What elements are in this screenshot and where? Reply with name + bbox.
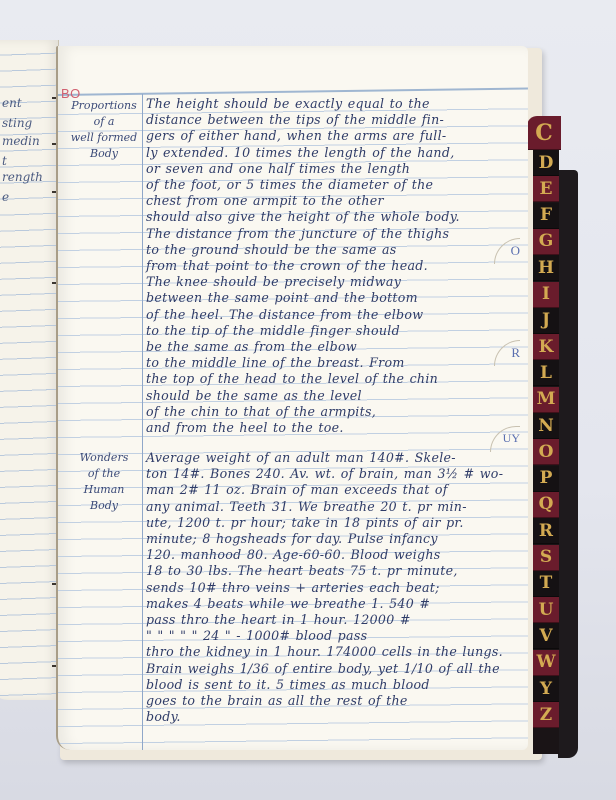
handwritten-line: blood is sent to it. 5 times as much blo… [146, 677, 503, 693]
notebook-back-cover [558, 170, 578, 758]
left-page-fragment: e [2, 190, 9, 204]
facing-left-page: ent sting medin t rength e [0, 40, 59, 700]
entry-wonders: Wonders of the Human Body Average weight… [146, 450, 503, 725]
entry-title-line: of the [66, 466, 142, 482]
entry-title-line: Wonders [66, 450, 142, 466]
entry-proportions: Proportions of a well formed Body The he… [146, 96, 460, 436]
handwritten-line: goes to the brain as all the rest of the [146, 693, 503, 709]
index-tab-m[interactable]: M [533, 387, 559, 413]
handwritten-line: Brain weighs 1/36 of entire body, yet 1/… [146, 661, 503, 677]
entry-title-line: of a [66, 114, 142, 130]
index-tab-r[interactable]: R [533, 518, 559, 544]
index-tab-y[interactable]: Y [533, 676, 559, 702]
index-tab-j[interactable]: J [533, 308, 559, 334]
header-rule-line [58, 87, 528, 96]
handwritten-line: to the tip of the middle finger should [146, 323, 460, 339]
handwritten-line: the top of the head to the level of the … [146, 371, 460, 387]
handwritten-line: of the chin to that of the armpits, [146, 404, 460, 420]
handwritten-line: The height should be exactly equal to th… [146, 96, 460, 112]
entry-title-line: Body [66, 498, 142, 514]
index-tab-q[interactable]: Q [533, 492, 559, 518]
handwritten-line: ute, 1200 t. pr hour; take in 18 pints o… [146, 515, 503, 531]
handwritten-line: distance between the tips of the middle … [146, 112, 460, 128]
margin-line [142, 94, 143, 750]
handwritten-line: body. [146, 709, 503, 725]
index-tab-d[interactable]: D [533, 150, 559, 176]
index-tab-i[interactable]: I [533, 282, 559, 308]
entry-title-line: well formed [66, 130, 142, 146]
index-tab-p[interactable]: P [533, 466, 559, 492]
index-tab-u[interactable]: U [533, 597, 559, 623]
entry-title: Wonders of the Human Body [66, 450, 142, 514]
index-tab-s[interactable]: S [533, 545, 559, 571]
left-page-fragment: ent [2, 96, 22, 110]
handwritten-line: minute; 8 hogsheads for day. Pulse infan… [146, 531, 503, 547]
handwritten-line: man 2# 11 oz. Brain of man exceeds that … [146, 482, 503, 498]
index-tab-e[interactable]: E [533, 176, 559, 202]
entry-title: Proportions of a well formed Body [66, 98, 142, 162]
entry-body: The height should be exactly equal to th… [146, 96, 460, 436]
handwritten-line: 18 to 30 lbs. The heart beats 75 t. pr m… [146, 563, 503, 579]
handwritten-line: gers of either hand, when the arms are f… [146, 128, 460, 144]
index-tab-v[interactable]: V [533, 623, 559, 649]
index-tab-z[interactable]: Z [533, 702, 559, 728]
handwritten-line: The distance from the juncture of the th… [146, 226, 460, 242]
handwritten-line: 120. manhood 80. Age-60-60. Blood weighs [146, 547, 503, 563]
handwritten-line: thro the kidney in 1 hour. 174000 cells … [146, 644, 503, 660]
entry-body: Average weight of an adult man 140#. Ske… [146, 450, 503, 725]
handwritten-line: ton 14#. Bones 240. Av. wt. of brain, ma… [146, 466, 503, 482]
handwritten-line: makes 4 beats while we breathe 1. 540 # [146, 596, 503, 612]
handwritten-line: to the ground should be the same as [146, 242, 460, 258]
handwritten-line: pass thro the heart in 1 hour. 12000 # [146, 612, 503, 628]
notebook-page: BO Proportions of a well formed Body The… [56, 46, 528, 750]
index-tab-c[interactable]: C [527, 116, 561, 150]
index-tab-h[interactable]: H [533, 255, 559, 281]
handwritten-line: Average weight of an adult man 140#. Ske… [146, 450, 503, 466]
handwritten-line: between the same point and the bottom [146, 290, 460, 306]
entry-title-line: Human [66, 482, 142, 498]
handwritten-line: to the middle line of the breast. From [146, 355, 460, 371]
index-tab-t[interactable]: T [533, 571, 559, 597]
handwritten-line: of the foot, or 5 times the diameter of … [146, 177, 460, 193]
index-tab-o[interactable]: O [533, 439, 559, 465]
entry-title-line: Body [66, 146, 142, 162]
entry-title-line: Proportions [66, 98, 142, 114]
handwritten-line: any animal. Teeth 31. We breathe 20 t. p… [146, 499, 503, 515]
index-tab-k[interactable]: K [533, 334, 559, 360]
left-page-fragment: medin [2, 134, 40, 148]
handwritten-line: The knee should be precisely midway [146, 274, 460, 290]
left-page-fragment: t [2, 154, 7, 168]
index-tab-l[interactable]: L [533, 360, 559, 386]
left-page-fragment: rength [2, 170, 43, 184]
handwritten-line: be the same as from the elbow [146, 339, 460, 355]
left-page-fragment: sting [2, 116, 32, 130]
handwritten-line: of the heel. The distance from the elbow [146, 307, 460, 323]
handwritten-line: " " " " " 24 " - 1000# blood pass [146, 628, 503, 644]
handwritten-line: sends 10# thro veins + arteries each bea… [146, 580, 503, 596]
handwritten-line: or seven and one half times the length [146, 161, 460, 177]
handwritten-line: and from the heel to the toe. [146, 420, 460, 436]
handwritten-line: should be the same as the level [146, 388, 460, 404]
handwritten-line: chest from one armpit to the other [146, 193, 460, 209]
index-tab-w[interactable]: W [533, 650, 559, 676]
index-tab-g[interactable]: G [533, 229, 559, 255]
handwritten-line: from that point to the crown of the head… [146, 258, 460, 274]
index-tab-f[interactable]: F [533, 203, 559, 229]
handwritten-line: ly extended. 10 times the length of the … [146, 145, 460, 161]
handwritten-line: should also give the height of the whole… [146, 209, 460, 225]
index-tab-n[interactable]: N [533, 413, 559, 439]
